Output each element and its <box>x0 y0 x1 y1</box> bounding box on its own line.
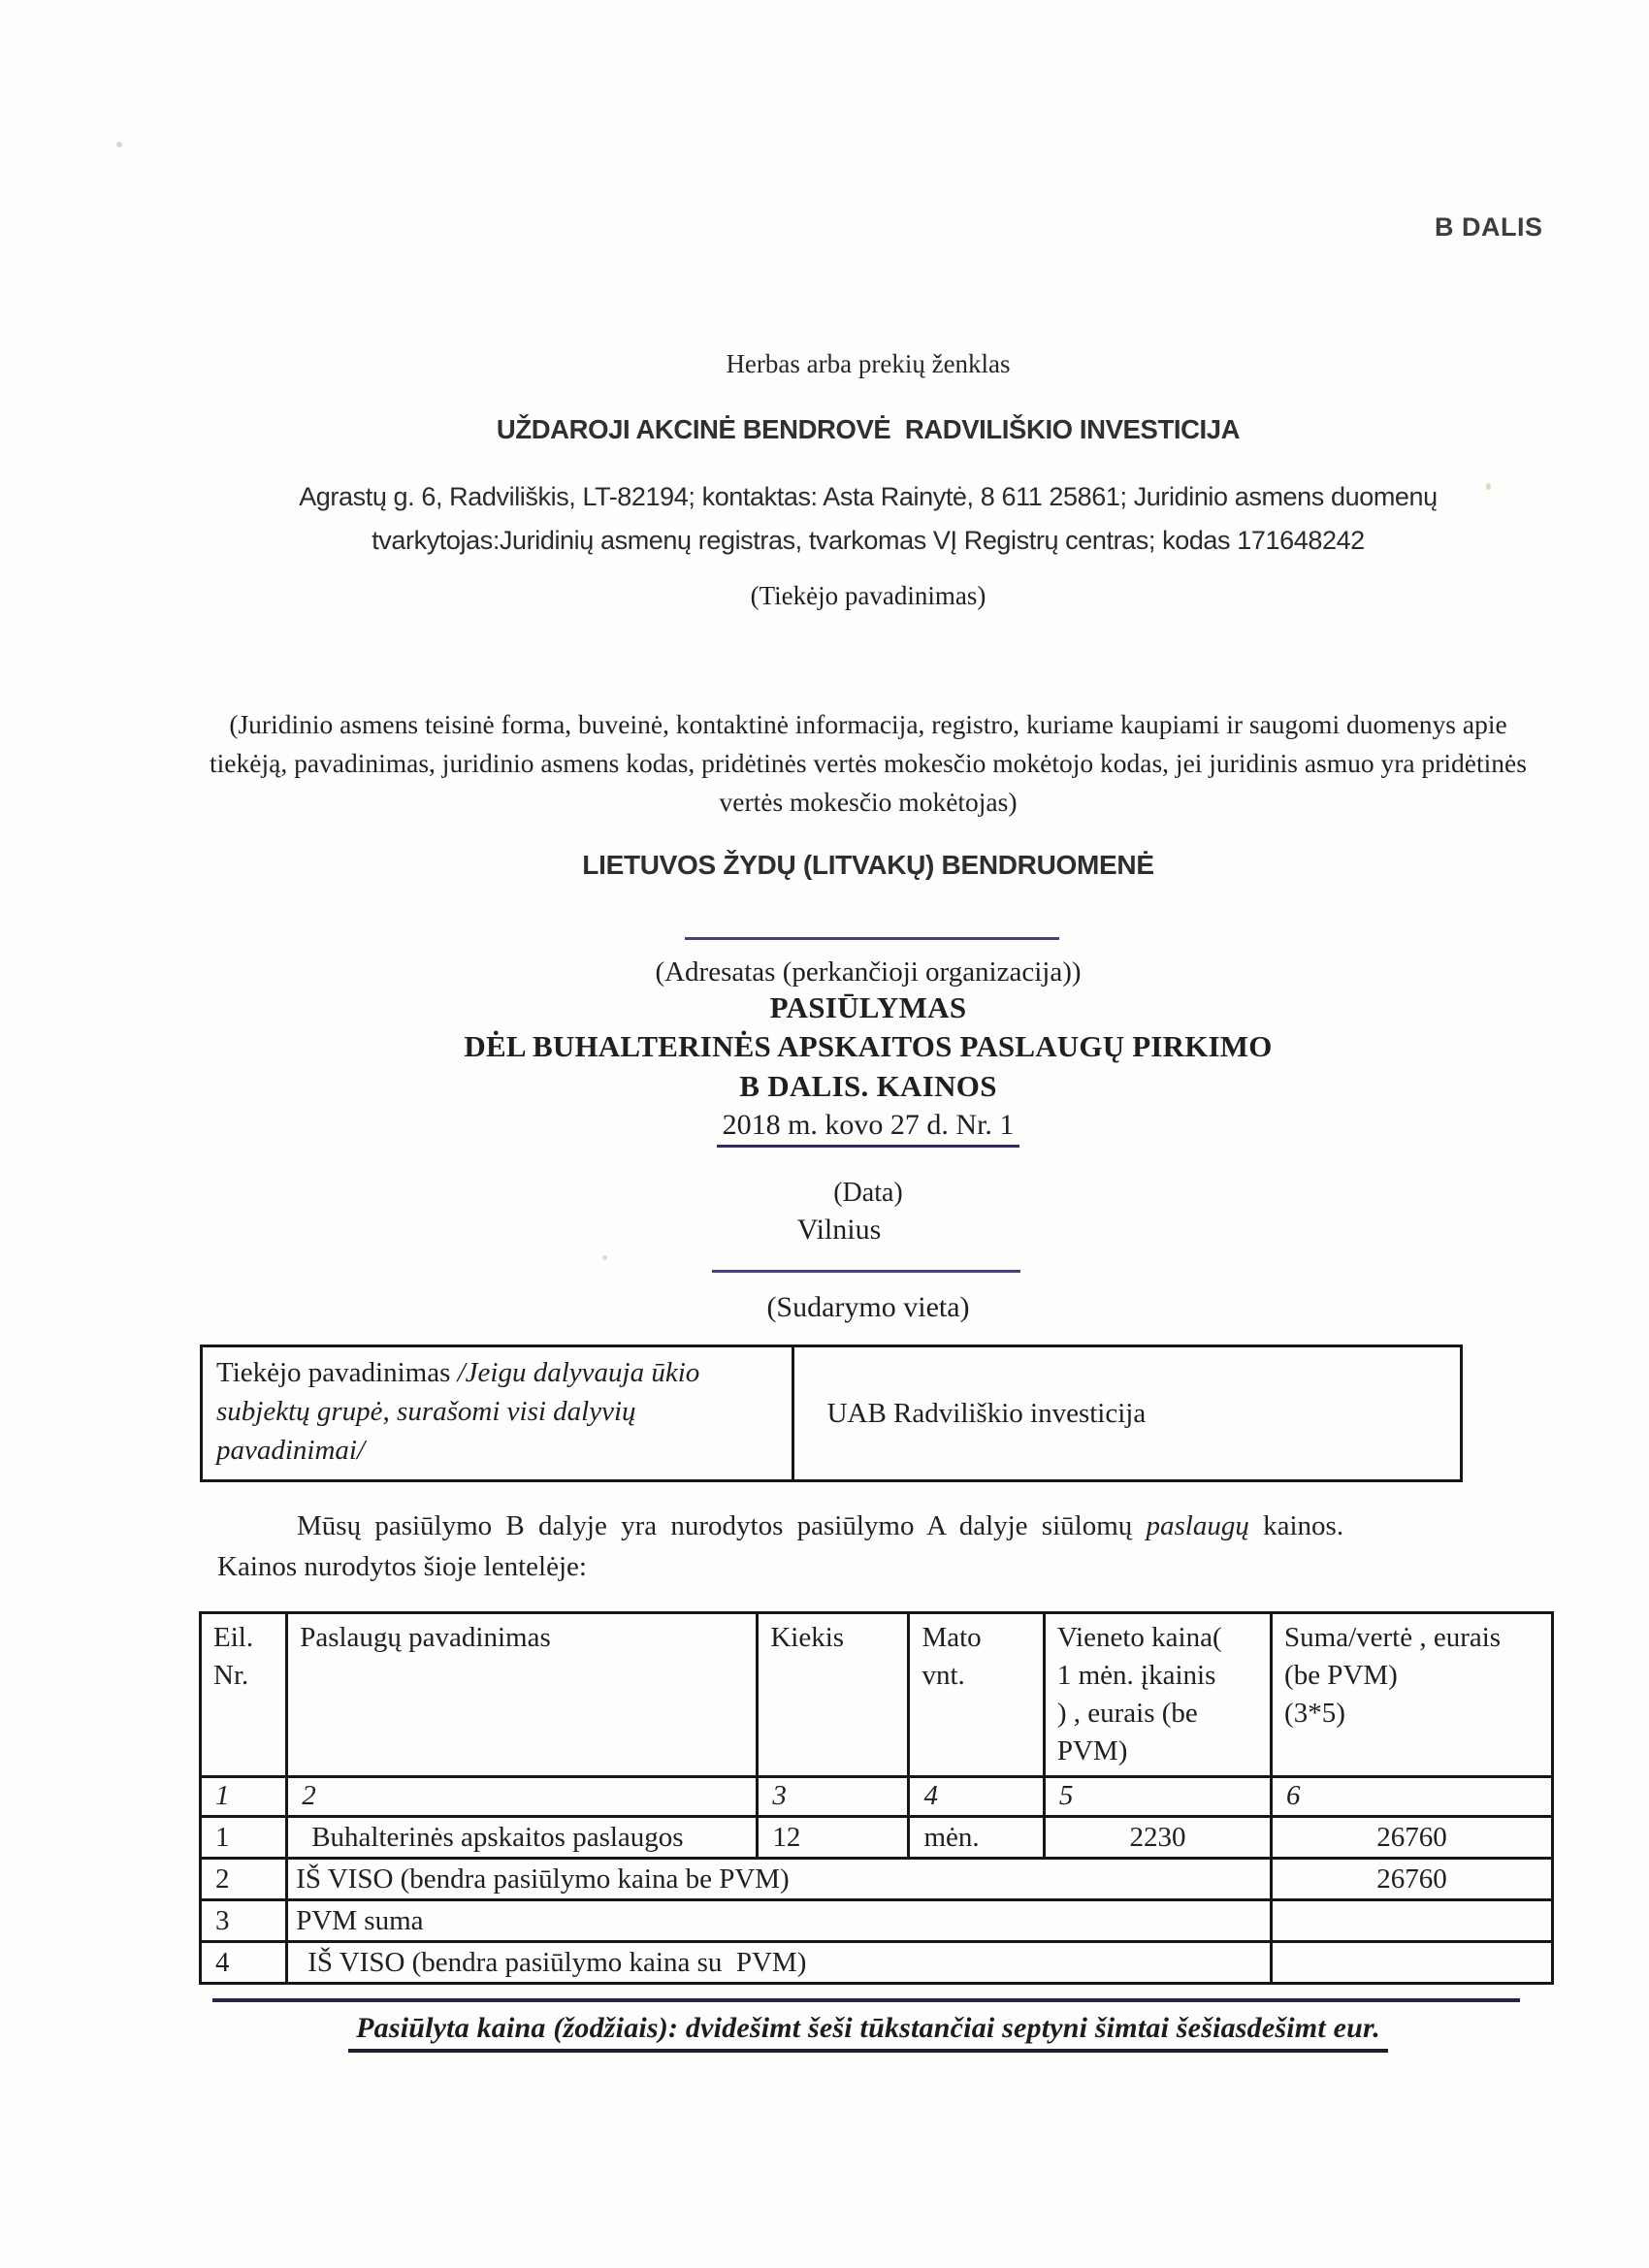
scanned-document-page: B DALIS Herbas arba prekių ženklas UŽDAR… <box>0 0 1649 2268</box>
row-number-cell: 3 <box>201 1900 287 1942</box>
price-table: Eil. Nr. Paslaugų pavadinimas Kiekis Mat… <box>199 1611 1554 1985</box>
place-underline <box>712 1270 1020 1273</box>
intro-paragraph: Mūsų pasiūlymo B dalyje yra nurodytos pa… <box>217 1506 1507 1587</box>
header-line: Nr. <box>213 1657 275 1695</box>
document-part-title: B DALIS. KAINOS <box>92 1069 1644 1104</box>
summary-label-cell: IŠ VISO (bendra pasiūlymo kaina be PVM) <box>287 1859 1272 1900</box>
col-header-total: Suma/vertė , eurais (be PVM) (3*5) <box>1272 1613 1553 1777</box>
header-line: Mato <box>921 1619 1032 1657</box>
summary-label-cell: PVM suma <box>287 1900 1272 1942</box>
scan-speck <box>602 1255 607 1260</box>
supplier-name-caption: (Tiekėjo pavadinimas) <box>92 581 1644 611</box>
supplier-value-text: UAB Radviliškio investicija <box>827 1398 1147 1430</box>
price-table-header-row: Eil. Nr. Paslaugų pavadinimas Kiekis Mat… <box>201 1613 1553 1777</box>
emblem-caption: Herbas arba prekių ženklas <box>92 349 1644 379</box>
intro-text: Mūsų pasiūlymo B dalyje yra nurodytos pa… <box>297 1510 1147 1541</box>
intro-line-1: Mūsų pasiūlymo B dalyje yra nurodytos pa… <box>217 1506 1507 1546</box>
col-header-quantity: Kiekis <box>758 1613 909 1777</box>
part-label: B DALIS <box>1435 212 1543 243</box>
row-number-cell: 2 <box>201 1859 287 1900</box>
col-number: 1 <box>201 1777 287 1817</box>
header-line: Kiekis <box>770 1619 897 1657</box>
header-line: ) , eurais (be <box>1057 1695 1260 1733</box>
col-header-unit: Mato vnt. <box>909 1613 1044 1777</box>
legal-form-note: (Juridinio asmens teisinė forma, buveinė… <box>199 705 1537 822</box>
table-row: 4 IŠ VISO (bendra pasiūlymo kaina su PVM… <box>201 1942 1553 1984</box>
column-numbering-row: 1 2 3 4 5 6 <box>201 1777 1553 1817</box>
date-caption: (Data) <box>92 1178 1644 1209</box>
table-row: 2 IŠ VISO (bendra pasiūlymo kaina be PVM… <box>201 1859 1553 1900</box>
header-line: Suma/vertė , eurais <box>1284 1619 1541 1657</box>
intro-text: kainos. <box>1249 1510 1343 1541</box>
document-title: PASIŪLYMAS <box>92 990 1644 1025</box>
intro-italic-word: paslaugų <box>1147 1510 1249 1541</box>
quantity-cell: 12 <box>758 1817 909 1859</box>
addressee-caption: (Adresatas (perkančioji organizacija)) <box>92 956 1644 988</box>
unit-price-cell: 2230 <box>1044 1817 1271 1859</box>
company-address-line-2: tvarkytojas:Juridinių asmenų registras, … <box>92 526 1644 556</box>
place-name: Vilnius <box>29 1214 1649 1247</box>
header-line: PVM) <box>1057 1733 1260 1770</box>
col-number: 4 <box>909 1777 1044 1817</box>
col-header-service-name: Paslaugų pavadinimas <box>287 1613 758 1777</box>
table-row: 3 PVM suma <box>201 1900 1553 1942</box>
col-number: 2 <box>287 1777 758 1817</box>
total-cell <box>1272 1942 1553 1984</box>
intro-line-2: Kainos nurodytos šioje lentelėje: <box>217 1546 1507 1587</box>
col-number: 5 <box>1044 1777 1271 1817</box>
table-row: 1 Buhalterinės apskaitos paslaugos 12 mė… <box>201 1817 1553 1859</box>
supplier-label-text: Tiekėjo pavadinimas <box>216 1357 458 1388</box>
supplier-table: Tiekėjo pavadinimas /Jeigu dalyvauja ūki… <box>200 1345 1463 1482</box>
horizontal-rule <box>212 1998 1520 2002</box>
summary-label-cell: IŠ VISO (bendra pasiūlymo kaina su PVM) <box>287 1942 1272 1984</box>
total-cell: 26760 <box>1272 1859 1553 1900</box>
header-line: vnt. <box>921 1657 1032 1695</box>
document-date: 2018 m. kovo 27 d. Nr. 1 <box>717 1109 1020 1148</box>
col-header-eil-nr: Eil. Nr. <box>201 1613 287 1777</box>
company-address-line-1: Agrastų g. 6, Radviliškis, LT-82194; kon… <box>92 482 1644 512</box>
total-cell <box>1272 1900 1553 1942</box>
document-subtitle: DĖL BUHALTERINĖS APSKAITOS PASLAUGŲ PIRK… <box>92 1029 1644 1064</box>
company-name: UŽDAROJI AKCINĖ BENDROVĖ RADVILIŠKIO INV… <box>92 414 1644 445</box>
header-line: (be PVM) <box>1284 1657 1541 1695</box>
service-name-cell: Buhalterinės apskaitos paslaugos <box>287 1817 758 1859</box>
unit-cell: mėn. <box>909 1817 1044 1859</box>
document-date-line: 2018 m. kovo 27 d. Nr. 1 <box>92 1109 1644 1148</box>
supplier-label-cell: Tiekėjo pavadinimas /Jeigu dalyvauja ūki… <box>203 1347 794 1479</box>
price-in-words: Pasiūlyta kaina (žodžiais): dvidešimt še… <box>348 2012 1388 2053</box>
col-number: 6 <box>1272 1777 1553 1817</box>
price-in-words-line: Pasiūlyta kaina (žodžiais): dvidešimt še… <box>92 2012 1644 2053</box>
col-header-unit-price: Vieneto kaina( 1 mėn. įkainis ) , eurais… <box>1044 1613 1271 1777</box>
row-number-cell: 1 <box>201 1817 287 1859</box>
scan-speck <box>116 142 122 147</box>
row-number-cell: 4 <box>201 1942 287 1984</box>
header-line: Eil. <box>213 1619 275 1657</box>
header-line: 1 mėn. įkainis <box>1057 1657 1260 1695</box>
addressee-underline <box>685 937 1059 940</box>
header-line: Paslaugų pavadinimas <box>300 1619 746 1657</box>
header-line: (3*5) <box>1284 1695 1541 1733</box>
col-number: 3 <box>758 1777 909 1817</box>
total-cell: 26760 <box>1272 1817 1553 1859</box>
place-caption: (Sudarymo vieta) <box>92 1291 1644 1324</box>
addressee-name: LIETUVOS ŽYDŲ (LITVAKŲ) BENDRUOMENĖ <box>92 850 1644 881</box>
supplier-value-cell: UAB Radviliškio investicija <box>794 1347 1460 1479</box>
header-line: Vieneto kaina( <box>1057 1619 1260 1657</box>
